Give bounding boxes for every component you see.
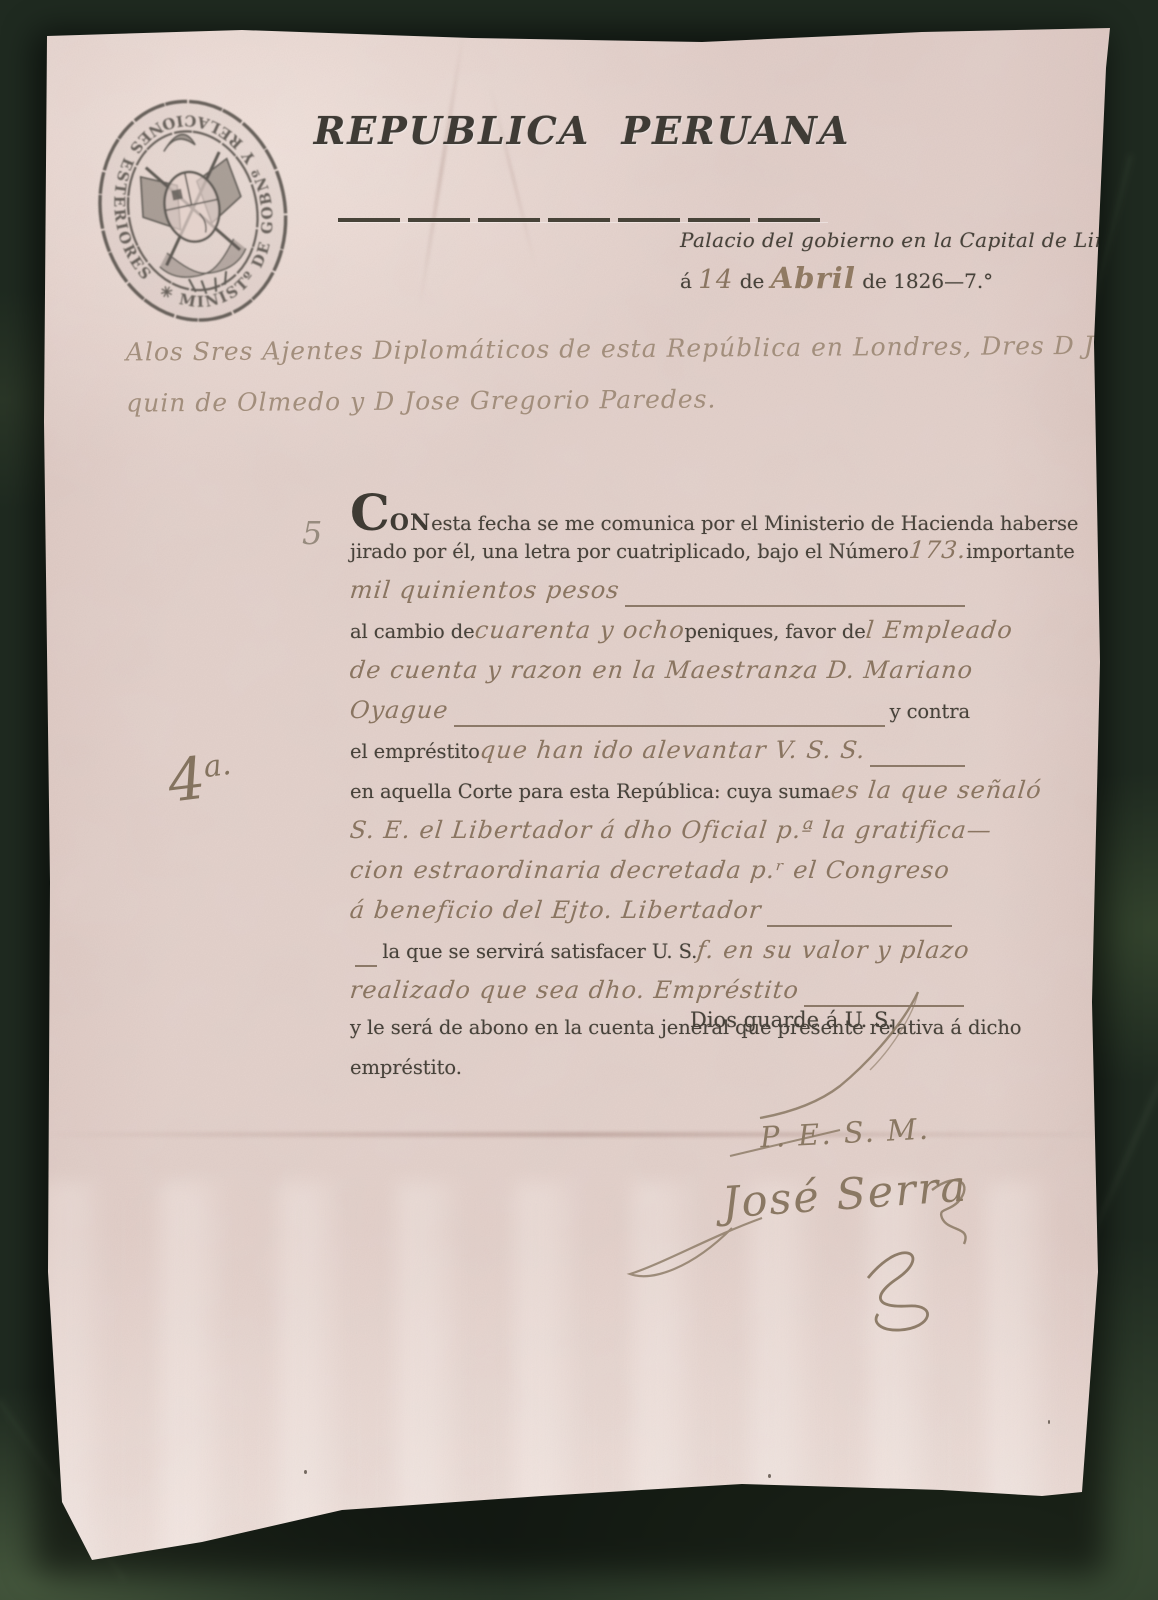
body-line: mil quinientos pesos (350, 576, 970, 616)
ink-rule (355, 965, 377, 967)
document-paper: ✳ MINISTº DE GOBNº Y RELACIONES ESTERIOR… (42, 22, 1118, 1572)
body-line: al cambio de cuarenta y ocho peniques, f… (350, 616, 970, 656)
handwritten-text: que han ido alevantar V. S. S. (478, 736, 867, 764)
ink-rule (625, 605, 965, 607)
document-title: REPUBLICA PERUANA (310, 108, 854, 153)
handwritten-text: cuarenta y ocho (473, 616, 686, 644)
body-line: CON esta fecha se me comunica por el Min… (350, 496, 970, 536)
handwritten-text: mil quinientos pesos (349, 576, 622, 604)
body-line: Oyaguey contra (350, 696, 970, 736)
dateline-year: de 1826—7.° (862, 269, 993, 293)
printed-text: en aquella Corte para esta República: cu… (350, 780, 831, 803)
printed-text: y le será de abono en la cuenta jeneral … (350, 1016, 1021, 1039)
body-line: el empréstito que han ido alevantar V. S… (350, 736, 970, 776)
margin-number-note: 5 (302, 514, 323, 552)
ink-rule (870, 765, 965, 767)
printed-text: C (350, 496, 390, 530)
dateline-block: Palacio del gobierno en la Capital de Li… (680, 228, 1090, 295)
address-line: Alos Sres Ajentes Diplomáticos de esta R… (126, 330, 1146, 366)
printed-text: empréstito. (350, 1056, 462, 1079)
ink-rule (454, 725, 885, 727)
closing-salutation: Dios guarde á U. S. (690, 1008, 894, 1032)
body-line: jirado por él, una letra por cuatriplica… (350, 536, 970, 576)
paper-speck (304, 1470, 307, 1474)
body-lines: CON esta fecha se me comunica por el Min… (350, 496, 970, 1096)
paper-speck (768, 1474, 771, 1478)
body-line: cion estraordinaria decretada p.ʳ el Con… (350, 856, 970, 896)
handwritten-text: 173. (907, 536, 967, 564)
photo-background: ✳ MINISTº DE GOBNº Y RELACIONES ESTERIOR… (0, 0, 1158, 1600)
dateline-de: de (740, 269, 765, 293)
signature-rubric (868, 1253, 928, 1330)
handwritten-text: f. en su valor y plazo (696, 936, 972, 964)
handwritten-text: realizado que sea dho. Empréstito (349, 976, 801, 1004)
printed-text: ON (390, 510, 431, 536)
handwritten-text: de cuenta y razon en la Maestranza D. Ma… (349, 656, 975, 684)
body-line: la que se servirá satisfacer U. S. f. en… (350, 936, 970, 976)
body-line: á beneficio del Ejto. Libertador (350, 896, 970, 936)
address-line: quin de Olmedo y D Jose Gregorio Paredes… (126, 381, 1146, 417)
handwritten-text: S. E. el Libertador á dho Oficial p.ª la… (349, 816, 994, 844)
margin-item-ordinal: a. (202, 747, 233, 785)
dateline-place: Palacio del gobierno en la Capital de Li… (680, 228, 1090, 252)
dateline-day-handwritten: 14 (698, 265, 733, 295)
dateline-month-handwritten: Abril (771, 261, 856, 295)
handwritten-text: l Empleado (864, 616, 1014, 644)
paper-crease (418, 31, 465, 308)
printed-text: jirado por él, una letra por cuatriplica… (350, 540, 909, 563)
body-line: de cuenta y razon en la Maestranza D. Ma… (350, 656, 970, 696)
handwritten-text: cion estraordinaria decretada p.ʳ el Con… (349, 856, 952, 884)
dateline-a: á (680, 269, 692, 293)
margin-item-note: 4a. (164, 740, 236, 815)
ministry-seal-stamp: ✳ MINISTº DE GOBNº Y RELACIONES ESTERIOR… (48, 63, 347, 369)
handwritten-text: Oyague (349, 696, 451, 724)
paper-speck (1048, 1420, 1050, 1424)
handwritten-text: á beneficio del Ejto. Libertador (349, 896, 764, 924)
printed-text: esta fecha se me comunica por el Ministe… (431, 512, 1078, 535)
ink-rule (804, 1005, 964, 1007)
dateline-date: á 14 de Abril de 1826—7.° (680, 261, 1090, 295)
handwritten-address: Alos Sres Ajentes Diplomáticos de esta R… (126, 330, 1147, 417)
body-line: en aquella Corte para esta República: cu… (350, 776, 970, 816)
title-underline (338, 218, 828, 222)
printed-text: importante (966, 540, 1075, 563)
printed-text: peniques, favor de (685, 620, 866, 643)
printed-text: el empréstito (350, 740, 480, 763)
handwritten-text: es la que señaló (829, 776, 1043, 804)
signature-block: P. E. S. M. José Serra (602, 1078, 1072, 1338)
body-line: S. E. el Libertador á dho Oficial p.ª la… (350, 816, 970, 856)
printed-text: al cambio de (350, 620, 475, 643)
printed-text: y contra (890, 700, 970, 723)
ink-rule (767, 925, 952, 927)
printed-text: la que se servirá satisfacer U. S. (382, 940, 697, 963)
